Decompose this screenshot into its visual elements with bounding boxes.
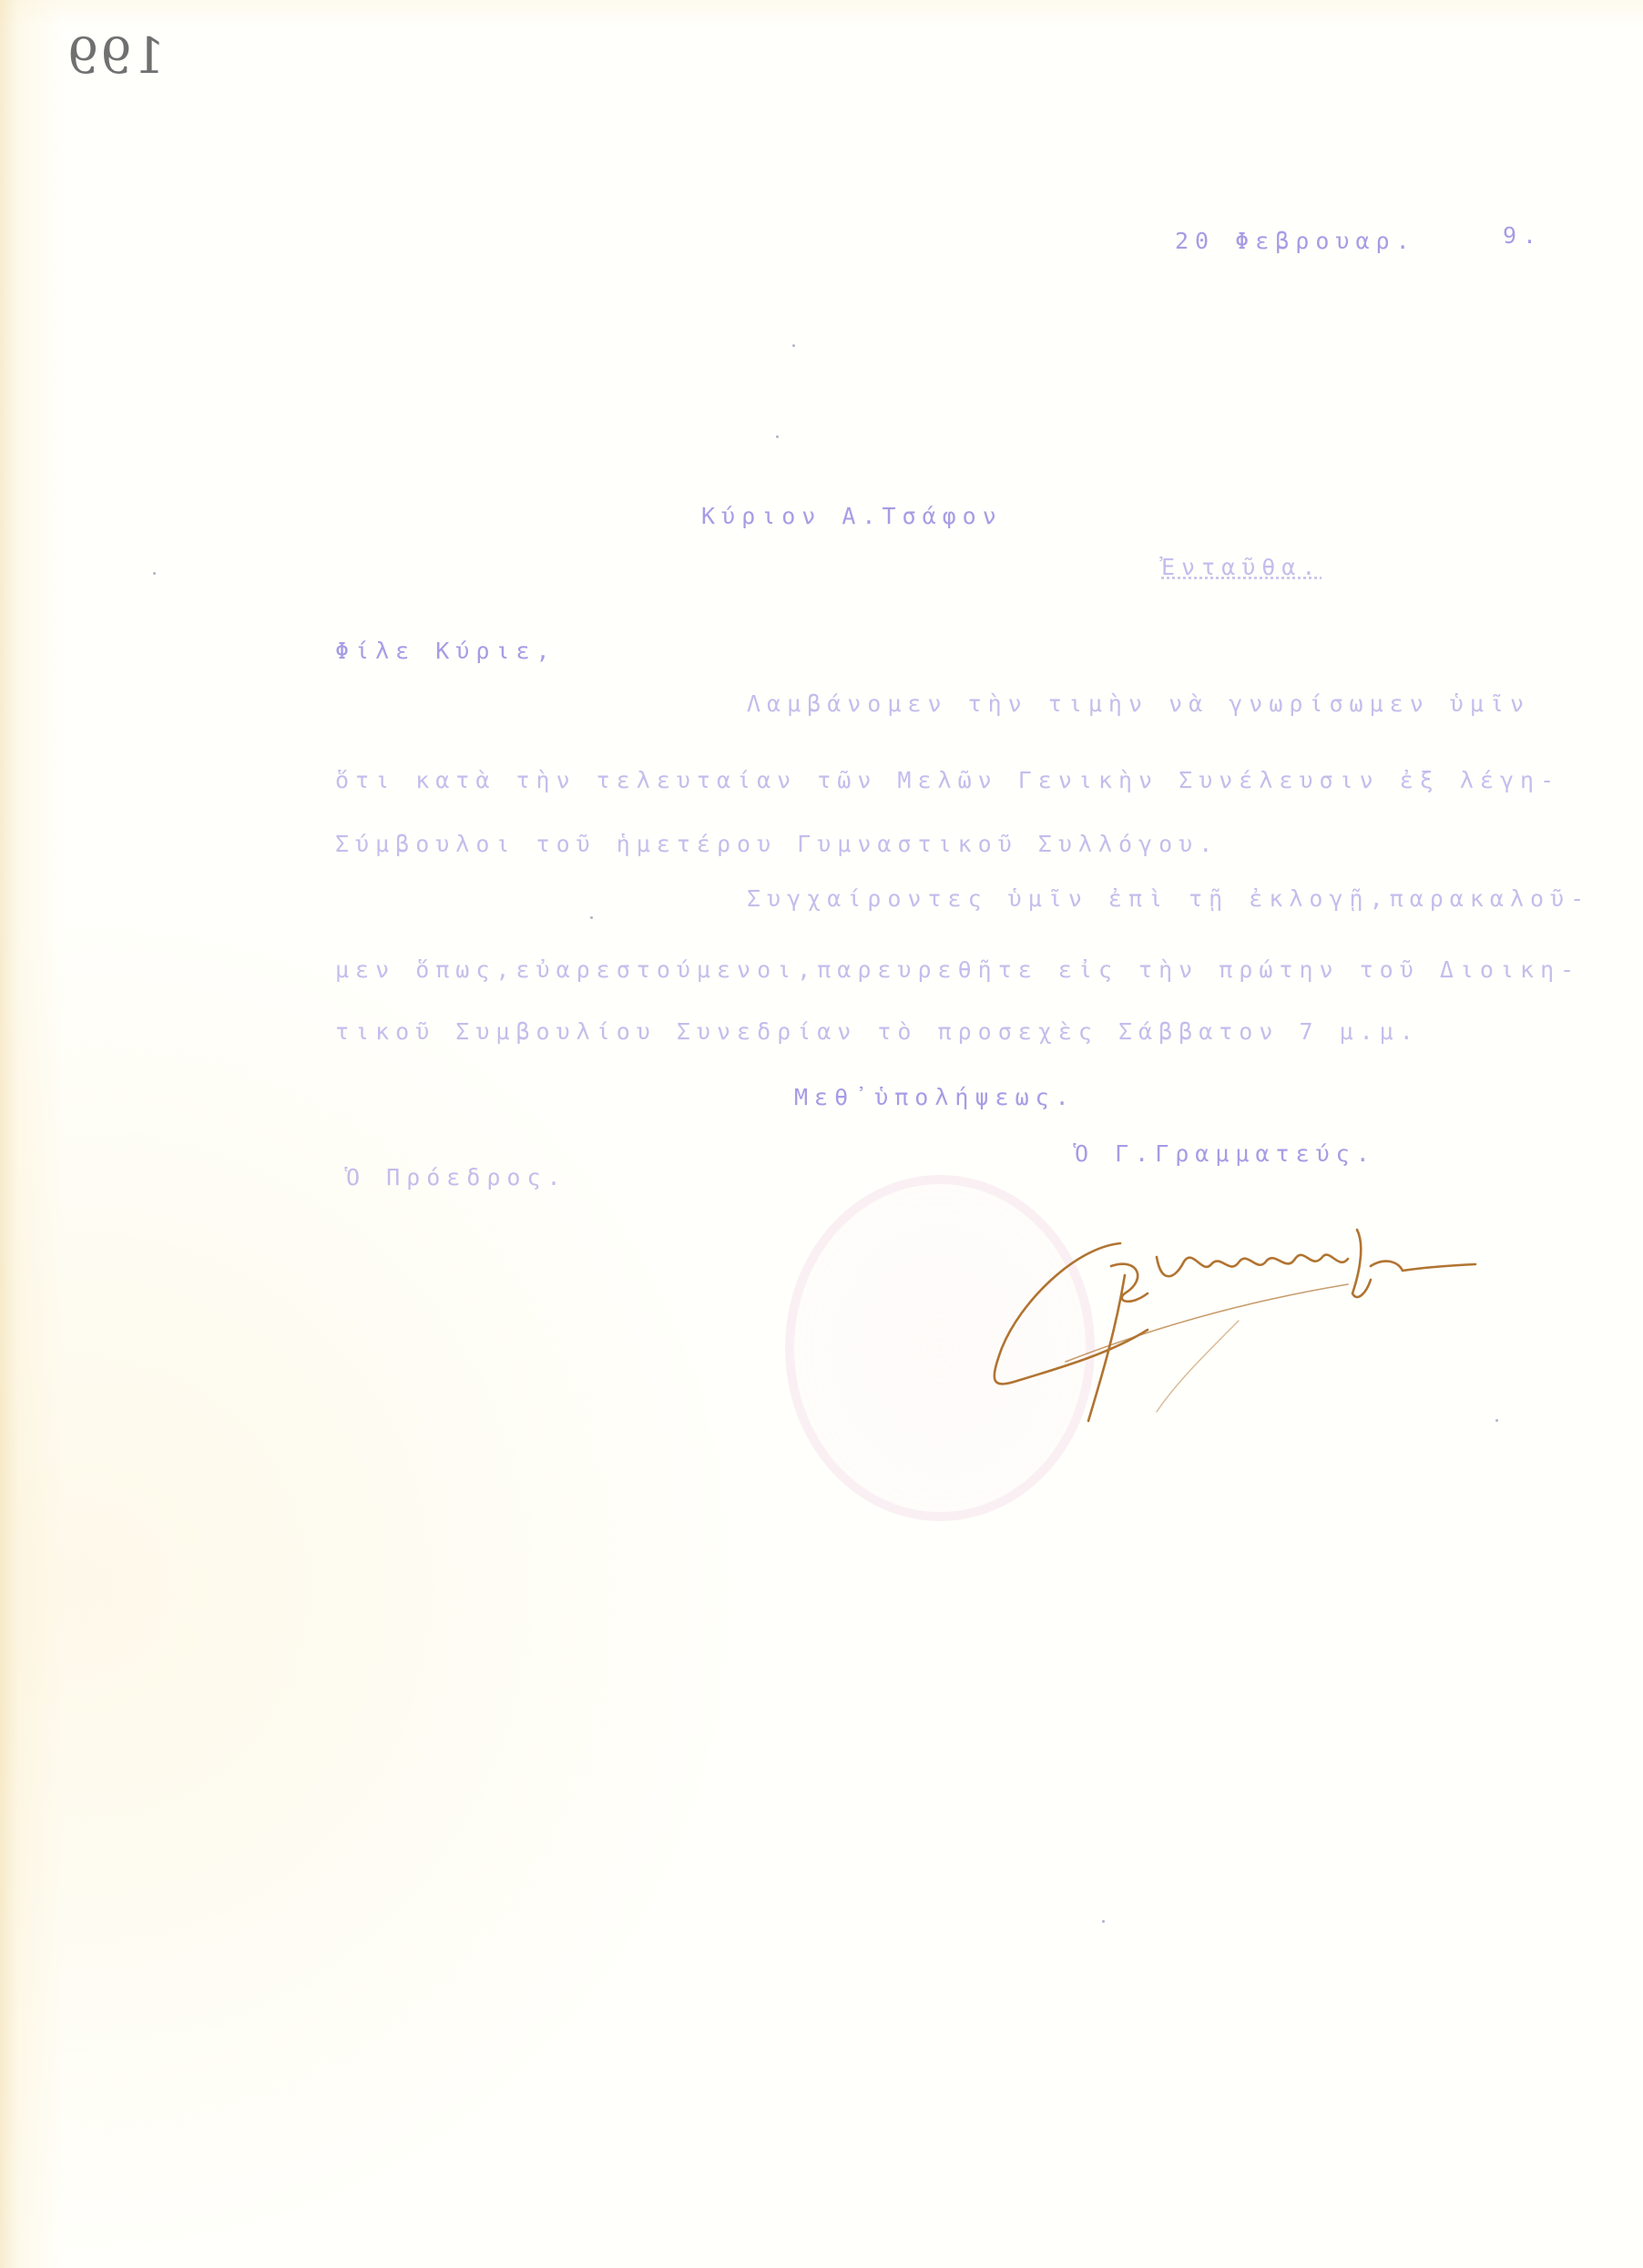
letter-year: 9. (1503, 222, 1543, 249)
closing: Μεθ᾽ὑπολήψεως. (794, 1084, 1076, 1110)
body-line: τικοῦ Συμβουλίου Συνεδρίαν τὸ προσεχὲς Σ… (335, 1018, 1420, 1045)
speck (776, 435, 779, 438)
speck (1495, 1419, 1498, 1422)
letter-date: 20 Φεβρουαρ. (1175, 228, 1416, 254)
body-line: ὅτι κατὰ τὴν τελευταίαν τῶν Μελῶν Γενικὴ… (335, 767, 1560, 793)
recipient-name: Κύριον Α.Τσάφον (701, 503, 1003, 529)
recipient-location: Ἐνταῦθα. (1161, 554, 1322, 580)
body-line: μεν ὅπως,εὐαρεστούμενοι,παρευρεθῆτε εἰς … (335, 956, 1580, 983)
speck (153, 572, 156, 575)
speck (1102, 1920, 1105, 1923)
signature (965, 1193, 1530, 1466)
secretary-title: Ὁ Γ.Γραμματεύς. (1075, 1140, 1376, 1167)
document-page: 199 20 Φεβρουαρ. 9. Κύριον Α.Τσάφον Ἐντα… (0, 0, 1643, 2268)
speck (792, 344, 795, 347)
body-line: Συγχαίροντες ὑμῖν ἐπὶ τῇ ἐκλογῇ,παρακαλο… (747, 885, 1590, 912)
body-line: Σύμβουλοι τοῦ ἡμετέρου Γυμναστικοῦ Συλλό… (335, 831, 1219, 857)
speck (590, 916, 593, 919)
salutation: Φίλε Κύριε, (335, 638, 556, 664)
archive-page-number: 199 (66, 27, 165, 85)
president-title: Ὁ Πρόεδρος. (346, 1164, 567, 1190)
body-line: Λαμβάνομεν τὴν τιμὴν νὰ γνωρίσωμεν ὑμῖν (747, 690, 1530, 717)
